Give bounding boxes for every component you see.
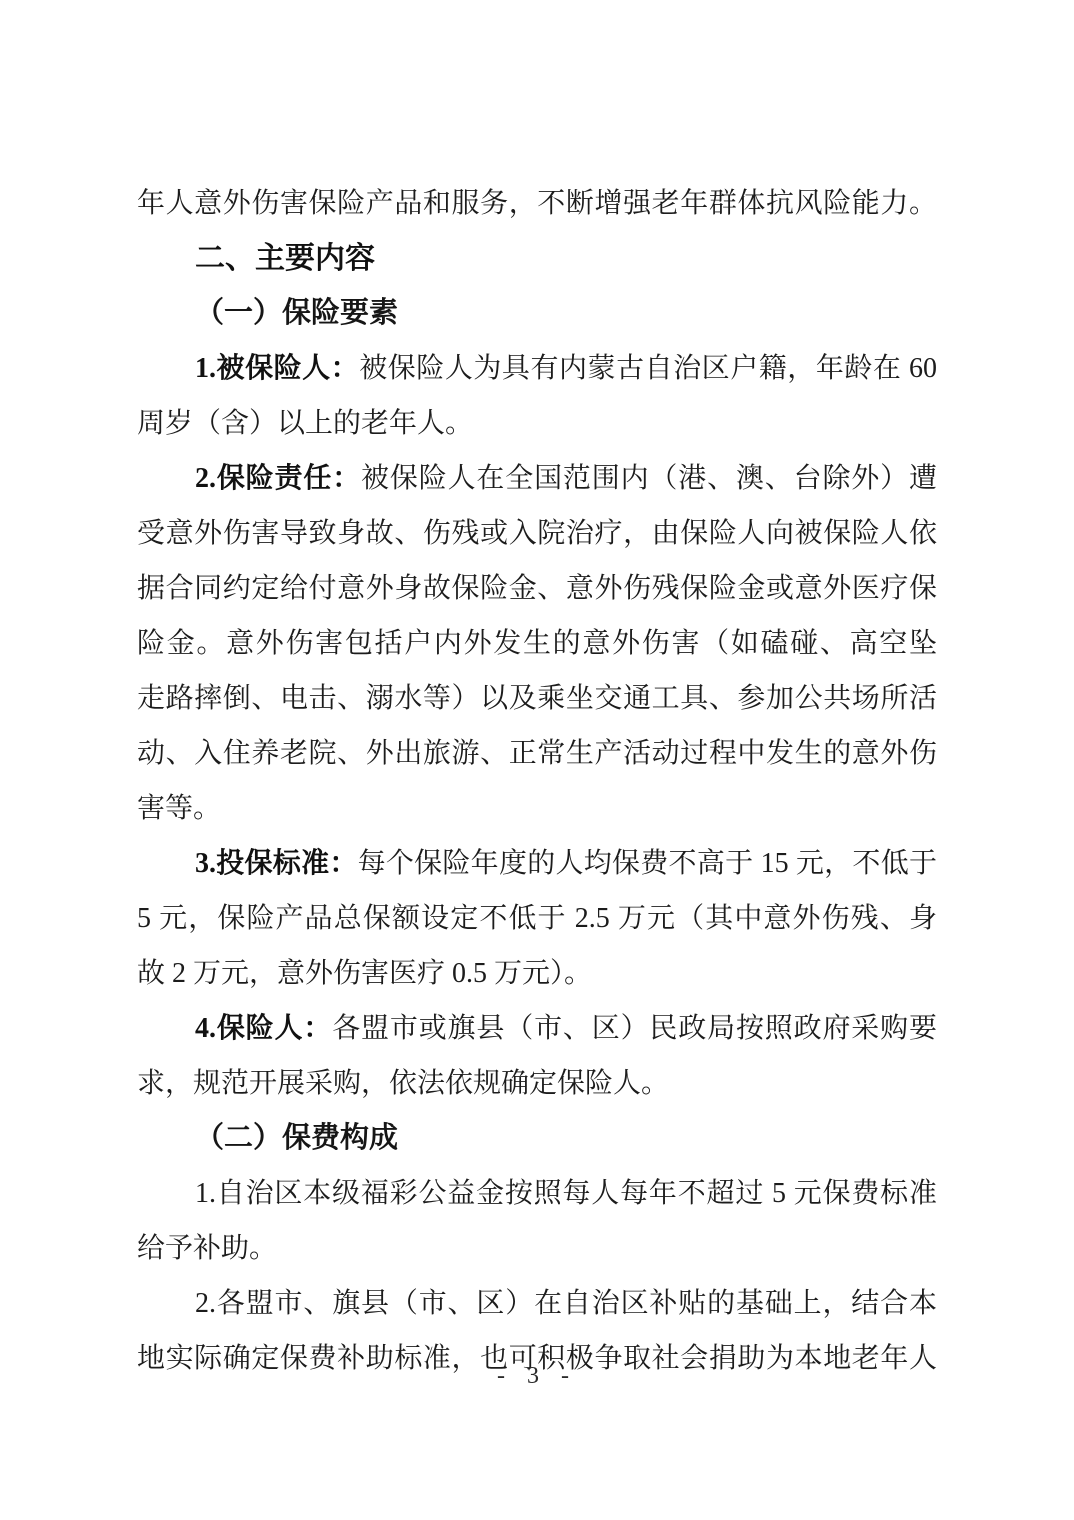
paragraph-line: 走路摔倒、电击、溺水等）以及乘坐交通工具、参加公共场所活 xyxy=(137,671,937,726)
paragraph-line: 1.自治区本级福彩公益金按照每人每年不超过 5 元保费标准 xyxy=(137,1166,937,1221)
heading-level-2: （二）保费构成 xyxy=(137,1111,937,1166)
paragraph-line: 2.各盟市、旗县（市、区）在自治区补贴的基础上，结合本 xyxy=(137,1276,937,1331)
paragraph-line: 2.保险责任：被保险人在全国范围内（港、澳、台除外）遭 xyxy=(137,451,937,506)
paragraph-line: 动、入住养老院、外出旅游、正常生产活动过程中发生的意外伤 xyxy=(137,726,937,781)
paragraph-line: 4.保险人：各盟市或旗县（市、区）民政局按照政府采购要 xyxy=(137,1001,937,1056)
document-content: 年人意外伤害保险产品和服务，不断增强老年群体抗风险能力。二、主要内容（一）保险要… xyxy=(137,176,937,1386)
paragraph-line: 周岁（含）以上的老年人。 xyxy=(137,396,937,451)
paragraph-line: 年人意外伤害保险产品和服务，不断增强老年群体抗风险能力。 xyxy=(137,176,937,231)
paragraph-line: 险金。意外伤害包括户内外发生的意外伤害（如磕碰、高空坠物、 xyxy=(137,616,937,671)
paragraph-label: 3.投保标准： xyxy=(195,848,358,879)
paragraph-label: 2.保险责任： xyxy=(195,463,361,494)
paragraph-line: 故 2 万元，意外伤害医疗 0.5 万元）。 xyxy=(137,946,937,1001)
paragraph-line: 5 元，保险产品总保额设定不低于 2.5 万元（其中意外伤残、身 xyxy=(137,891,937,946)
paragraph-label: 1.被保险人： xyxy=(195,353,359,384)
paragraph-line: 3.投保标准：每个保险年度的人均保费不高于 15 元，不低于 xyxy=(137,836,937,891)
document-page: 年人意外伤害保险产品和服务，不断增强老年群体抗风险能力。二、主要内容（一）保险要… xyxy=(0,0,1074,1520)
heading-level-2: （一）保险要素 xyxy=(137,286,937,341)
paragraph-line: 受意外伤害导致身故、伤残或入院治疗，由保险人向被保险人依 xyxy=(137,506,937,561)
paragraph-line: 给予补助。 xyxy=(137,1221,937,1276)
paragraph-line: 据合同约定给付意外身故保险金、意外伤残保险金或意外医疗保 xyxy=(137,561,937,616)
page-number: - 3 - xyxy=(0,1356,1074,1396)
heading-level-1: 二、主要内容 xyxy=(137,231,937,286)
paragraph-label: 4.保险人： xyxy=(195,1013,332,1044)
paragraph-line: 1.被保险人：被保险人为具有内蒙古自治区户籍，年龄在 60 xyxy=(137,341,937,396)
paragraph-line: 害等。 xyxy=(137,781,937,836)
paragraph-line: 求，规范开展采购，依法依规确定保险人。 xyxy=(137,1056,937,1111)
